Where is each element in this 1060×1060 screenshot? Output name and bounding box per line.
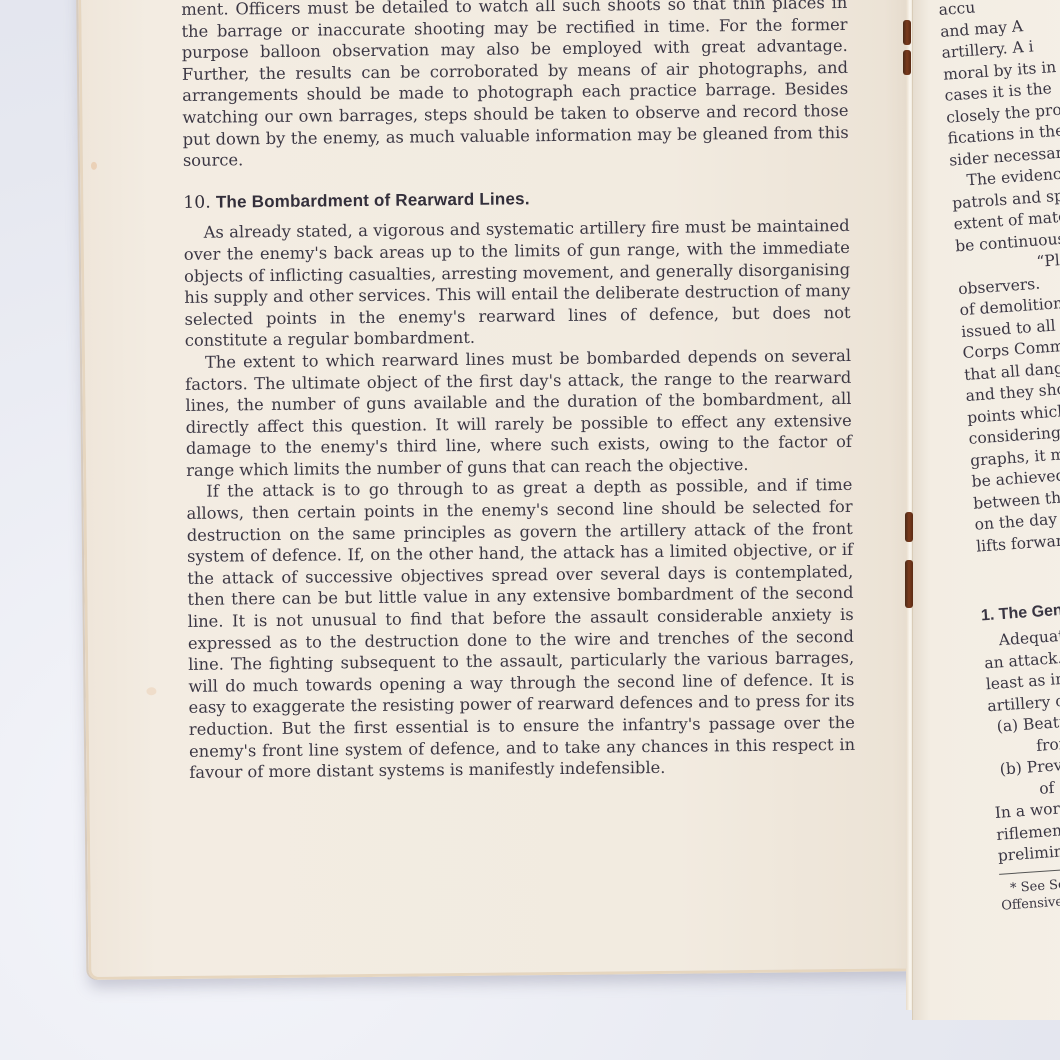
staple-icon	[905, 560, 913, 608]
left-page-text: ment. Officers must be detailed to watch…	[181, 0, 855, 784]
paragraph: If the attack is to go through to as gre…	[186, 474, 855, 783]
staple-icon	[903, 50, 911, 75]
staple-icon	[903, 20, 911, 45]
foxing-spot	[91, 162, 97, 170]
list-marker: (b)	[999, 759, 1022, 778]
list-marker: (a)	[996, 716, 1019, 735]
list-text: Preventing	[1026, 753, 1060, 777]
paragraph-continued: ment. Officers must be detailed to watch…	[181, 0, 849, 172]
chapter-number: VI.	[978, 564, 1060, 605]
foxing-spot	[146, 687, 156, 695]
staple-icon	[905, 512, 913, 542]
section-heading: 10. The Bombardment of Rearward Lines.	[183, 185, 849, 215]
paragraph: As already stated, a vigorous and system…	[184, 215, 851, 352]
left-page: ment. Officers must be detailed to watch…	[78, 0, 927, 980]
list-text: Beating	[1022, 712, 1060, 734]
section-title: The Bombardment of Rearward Lines.	[216, 189, 530, 211]
section-number: 10.	[183, 192, 211, 212]
paragraph: The extent to which rearward lines must …	[185, 345, 852, 482]
